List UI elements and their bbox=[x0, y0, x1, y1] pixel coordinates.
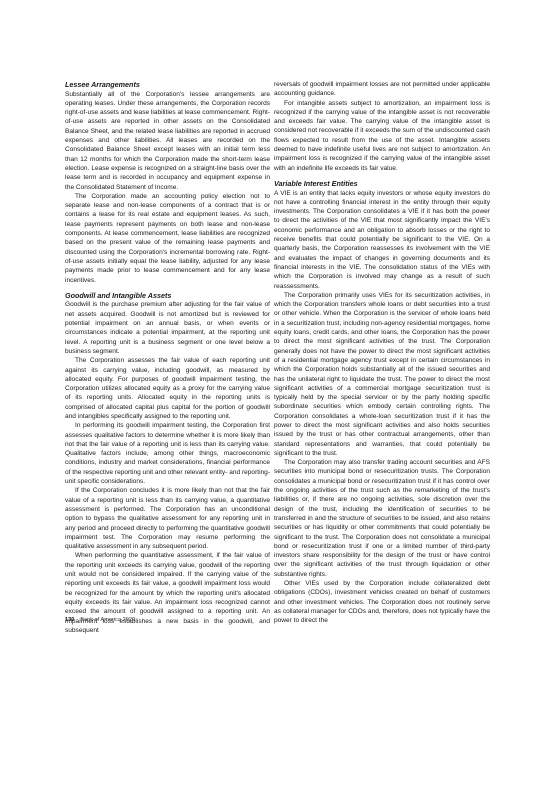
paragraph: If the Corporation concludes it is more … bbox=[65, 486, 270, 551]
page-footer: 130Bank of America 2020 bbox=[65, 617, 135, 623]
paragraph: The Corporation primarily uses VIEs for … bbox=[274, 291, 490, 458]
paragraph: In performing its goodwill impairment te… bbox=[65, 421, 270, 486]
heading-variable-interest-entities: Variable Interest Entities bbox=[274, 179, 490, 189]
left-column: Lessee Arrangements Substantially all of… bbox=[65, 80, 270, 635]
page-number: 130 bbox=[65, 617, 74, 623]
heading-lessee-arrangements: Lessee Arrangements bbox=[65, 80, 270, 90]
paragraph: For intangible assets subject to amortiz… bbox=[274, 99, 490, 173]
heading-goodwill-intangible-assets: Goodwill and Intangible Assets bbox=[65, 291, 270, 301]
right-column: reversals of goodwill impairment losses … bbox=[274, 80, 490, 626]
paragraph: Goodwill is the purchase premium after a… bbox=[65, 300, 270, 356]
paragraph: The Corporation assesses the fair value … bbox=[65, 356, 270, 421]
paragraph: The Corporation made an accounting polic… bbox=[65, 192, 270, 285]
paragraph: Substantially all of the Corporation's l… bbox=[65, 90, 270, 192]
paragraph: The Corporation may also transfer tradin… bbox=[274, 458, 490, 579]
paragraph: A VIE is an entity that lacks equity inv… bbox=[274, 189, 490, 291]
paragraph: Other VIEs used by the Corporation inclu… bbox=[274, 579, 490, 625]
paragraph: reversals of goodwill impairment losses … bbox=[274, 80, 490, 99]
publication-title: Bank of America 2020 bbox=[80, 617, 135, 623]
